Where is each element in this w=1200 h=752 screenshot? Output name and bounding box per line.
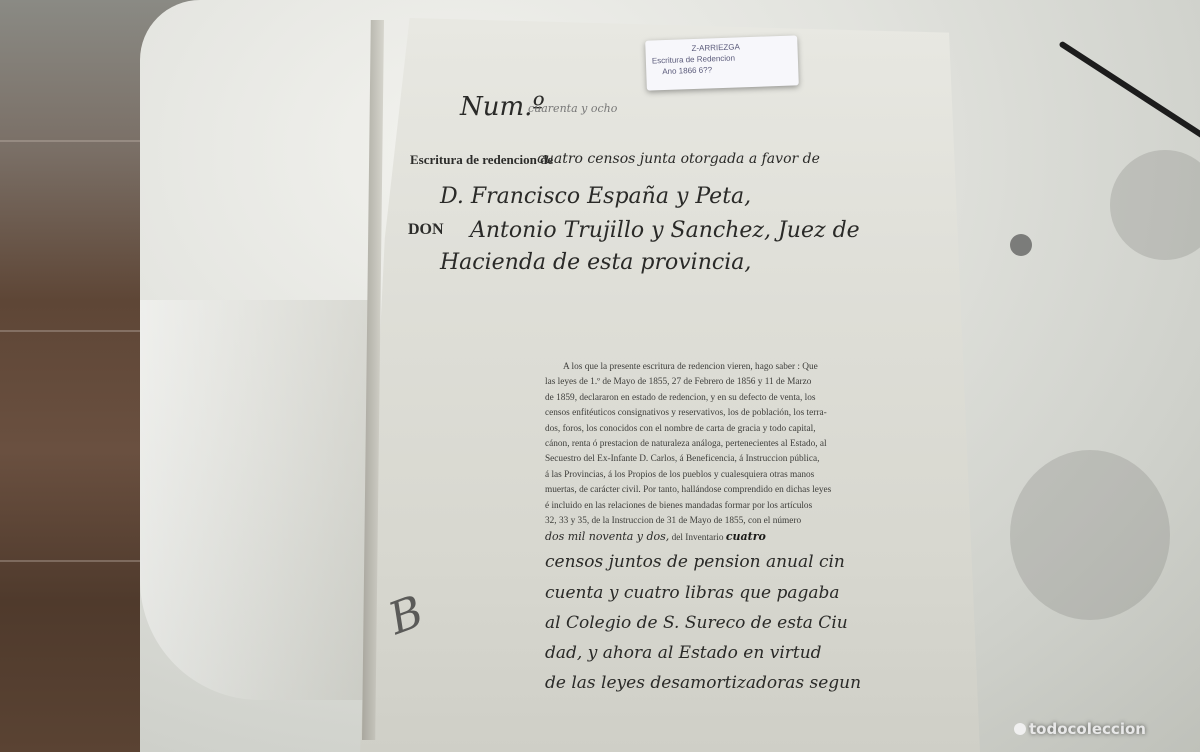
body-line: cánon, renta ó prestacion de naturaleza …	[545, 437, 870, 452]
grantee-line: D. Francisco España y Peta,	[440, 184, 751, 209]
body-line: dos, foros, los conocidos con el nombre …	[545, 422, 870, 437]
handwritten-line: al Colegio de S. Sureco de esta Ciu	[545, 613, 895, 633]
official-line: Antonio Trujillo y Sanchez, Juez de	[470, 218, 860, 243]
body-line: muertas, de carácter civil. Por tanto, h…	[545, 483, 870, 498]
cloth-stain	[1010, 234, 1032, 256]
body-line: censos enfitéuticos consignativos y rese…	[545, 406, 870, 421]
handwritten-line: dad, y ahora al Estado en virtud	[545, 643, 895, 663]
official-line-2: Hacienda de esta provincia,	[440, 250, 751, 275]
body-line: las leyes de 1.º de Mayo de 1855, 27 de …	[545, 375, 870, 390]
don-label: DON	[408, 221, 444, 239]
tablecloth-fold	[140, 300, 380, 700]
body-line: Secuestro del Ex-Infante D. Carlos, á Be…	[545, 452, 870, 467]
body-line: é incluido en las relaciones de bienes m…	[545, 499, 870, 514]
document-number-value: cuarenta y ocho	[528, 102, 617, 115]
mixed-handwritten-start: dos mil noventa y dos,	[545, 530, 669, 543]
mixed-handwritten-end: cuatro	[726, 530, 766, 543]
cloth-pattern-circle	[1010, 450, 1170, 620]
printed-body-text: A los que la presente escritura de reden…	[545, 360, 870, 547]
handwritten-line: cuenta y cuatro libras que pagaba	[545, 583, 895, 603]
body-line: A los que la presente escritura de reden…	[545, 360, 870, 375]
handwritten-line: censos juntos de pension anual cin	[545, 552, 895, 572]
body-line: de 1859, declararon en estado de redenci…	[545, 391, 870, 406]
mixed-printed: del Inventario	[672, 533, 724, 543]
handwritten-line: de las leyes desamortizadoras segun	[545, 673, 895, 693]
mixed-line: dos mil noventa y dos, del Inventario cu…	[545, 529, 870, 546]
document-title-printed: Escritura de redencion de	[410, 152, 553, 168]
watermark: todocoleccion	[1014, 720, 1146, 738]
body-line: 32, 33 y 35, de la Instruccion de 31 de …	[545, 514, 870, 529]
sticker-label: Z-ARRIEZGA Escritura de Redencion Ano 18…	[645, 35, 799, 90]
body-line: á las Provincias, á los Propios de los p…	[545, 468, 870, 483]
watermark-text: todocoleccion	[1029, 720, 1146, 738]
watermark-logo-icon	[1014, 723, 1026, 735]
document-title-handwritten: cuatro censos junta otorgada a favor de	[537, 151, 820, 167]
